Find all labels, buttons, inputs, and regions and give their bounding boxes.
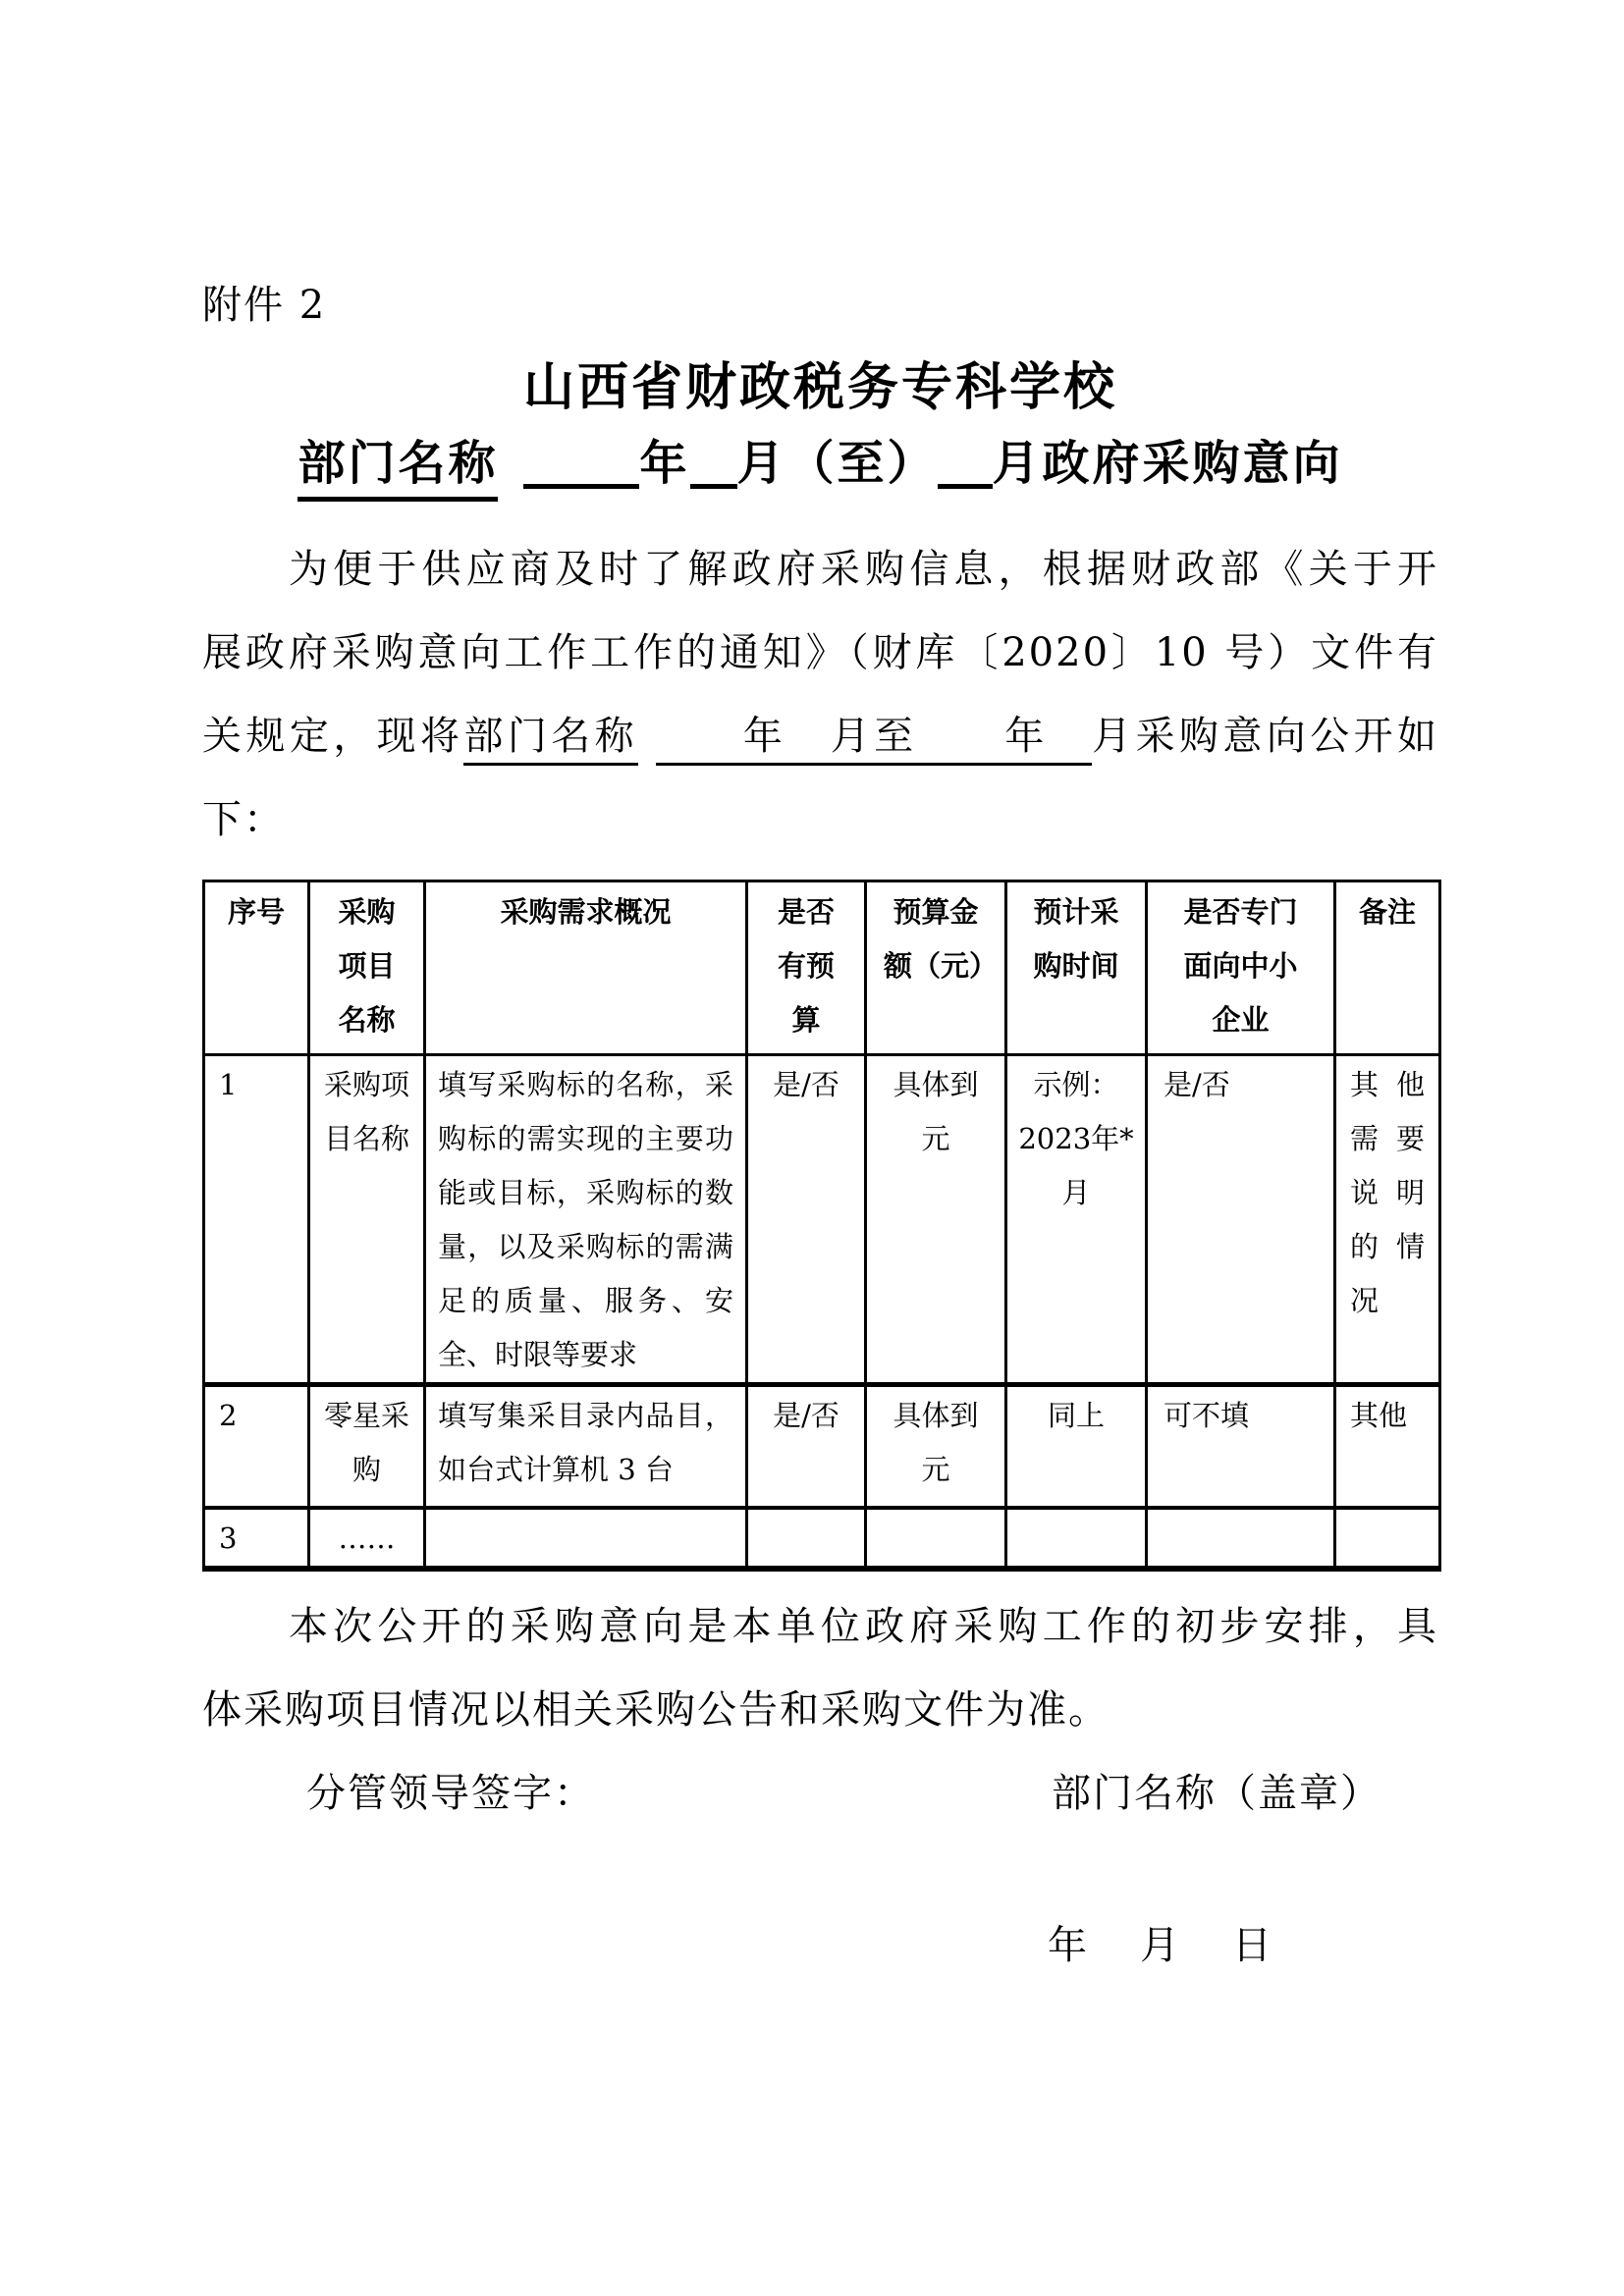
month-blank-field [690, 484, 737, 489]
intro-paragraph: 为便于供应商及时了解政府采购信息，根据财政部《关于开 展政府采购意向工作工作的通… [202, 528, 1438, 862]
cell-has-budget [747, 1508, 866, 1569]
month-to-label: 月（至） [737, 436, 938, 491]
cell-demand-overview: 填写集采目录内品目，如台式计算机 3 台 [425, 1385, 747, 1508]
header-budget-amount: 预算金额（元） [866, 881, 1006, 1055]
intro-line-1: 为便于供应商及时了解政府采购信息，根据财政部《关于开 [202, 528, 1438, 612]
closing-line-2: 体采购项目情况以相关采购公告和采购文件为准。 [202, 1669, 1438, 1752]
year-label: 年 [639, 436, 689, 491]
cell-purchase-time [1006, 1508, 1147, 1569]
attachment-label: 附件 2 [202, 283, 1438, 328]
dept-name-placeholder: 部门名称 [298, 436, 498, 502]
cell-project-name: 零星采购 [309, 1385, 425, 1508]
closing-paragraph: 本次公开的采购意向是本单位政府采购工作的初步安排，具 体采购项目情况以相关采购公… [202, 1585, 1438, 1752]
cell-seq: 3 [204, 1508, 309, 1569]
cell-demand-overview: 填写采购标的名称，采购标的需实现的主要功能或目标，采购标的数量，以及采购标的需满… [425, 1055, 747, 1385]
cell-remarks: 其他 [1335, 1385, 1440, 1508]
cell-budget-amount: 具体到元 [866, 1055, 1006, 1385]
cell-seq: 2 [204, 1385, 309, 1508]
form-title-tail: 月政府采购意向 [993, 436, 1343, 491]
cell-remarks: 其他需要说明的情况 [1335, 1055, 1440, 1385]
cell-budget-amount: 具体到元 [866, 1385, 1006, 1508]
table-row-2: 2 零星采购 填写集采目录内品目，如台式计算机 3 台 是/否 具体到元 同上 … [204, 1385, 1440, 1508]
cell-budget-amount [866, 1508, 1006, 1569]
table-row-3: 3 …… [204, 1508, 1440, 1569]
date-month-label: 月 [1140, 1904, 1181, 1988]
cell-seq: 1 [204, 1055, 309, 1385]
procurement-intent-table: 序号 采购项目名称 采购需求概况 是否有预算 预算金额（元） 预计采购时间 是否… [202, 880, 1441, 1572]
signature-row: 分管领导签字： 部门名称（盖章） [202, 1752, 1438, 1836]
table-header-row: 序号 采购项目名称 采购需求概况 是否有预算 预算金额（元） 预计采购时间 是否… [204, 881, 1440, 1055]
intro-line-3: 关规定，现将部门名称 年 月至 年 月采购意向公开如 [202, 695, 1438, 778]
header-purchase-time: 预计采购时间 [1006, 881, 1147, 1055]
cell-demand-overview [425, 1508, 747, 1569]
header-demand-overview: 采购需求概况 [425, 881, 747, 1055]
cell-sme-oriented [1147, 1508, 1335, 1569]
closing-line-1: 本次公开的采购意向是本单位政府采购工作的初步安排，具 [202, 1585, 1438, 1669]
leader-signature-label: 分管领导签字： [306, 1752, 595, 1836]
intro-line-2: 展政府采购意向工作工作的通知》（财库〔2020〕10 号）文件有 [202, 612, 1438, 695]
header-remarks: 备注 [1335, 881, 1440, 1055]
date-row: 年 月 日 [202, 1904, 1438, 1988]
cell-sme-oriented: 是/否 [1147, 1055, 1335, 1385]
year-blank-field [523, 484, 639, 489]
cell-purchase-time: 示例：2023年*月 [1006, 1055, 1147, 1385]
cell-remarks [1335, 1508, 1440, 1569]
school-title: 山西省财政税务专科学校 [202, 357, 1438, 418]
intro-line-4: 下： [202, 778, 1438, 862]
intro-line3-prefix: 关规定，现将 [202, 714, 463, 759]
header-has-budget: 是否有预算 [747, 881, 866, 1055]
form-title: 部门名称年月（至）月政府采购意向 [202, 434, 1438, 493]
month2-blank-field [938, 484, 993, 489]
cell-has-budget: 是/否 [747, 1055, 866, 1385]
cell-project-name: …… [309, 1508, 425, 1569]
header-sme-oriented: 是否专门面向中小企业 [1147, 881, 1335, 1055]
table-row-1: 1 采购项目名称 填写采购标的名称，采购标的需实现的主要功能或目标，采购标的数量… [204, 1055, 1440, 1385]
header-seq: 序号 [204, 881, 309, 1055]
header-project-name: 采购项目名称 [309, 881, 425, 1055]
dept-name-placeholder-inline: 部门名称 [463, 714, 638, 766]
document-page: 附件 2 山西省财政税务专科学校 部门名称年月（至）月政府采购意向 为便于供应商… [0, 0, 1624, 1988]
date-year-label: 年 [1048, 1904, 1089, 1988]
dept-seal-label: 部门名称（盖章） [1052, 1752, 1381, 1836]
cell-sme-oriented: 可不填 [1147, 1385, 1335, 1508]
cell-purchase-time: 同上 [1006, 1385, 1147, 1508]
date-range-blank-field: 年 月至 年 [656, 714, 1092, 766]
cell-project-name: 采购项目名称 [309, 1055, 425, 1385]
date-day-label: 日 [1232, 1904, 1273, 1988]
intro-line3-tail: 月采购意向公开如 [1092, 714, 1438, 759]
cell-has-budget: 是/否 [747, 1385, 866, 1508]
